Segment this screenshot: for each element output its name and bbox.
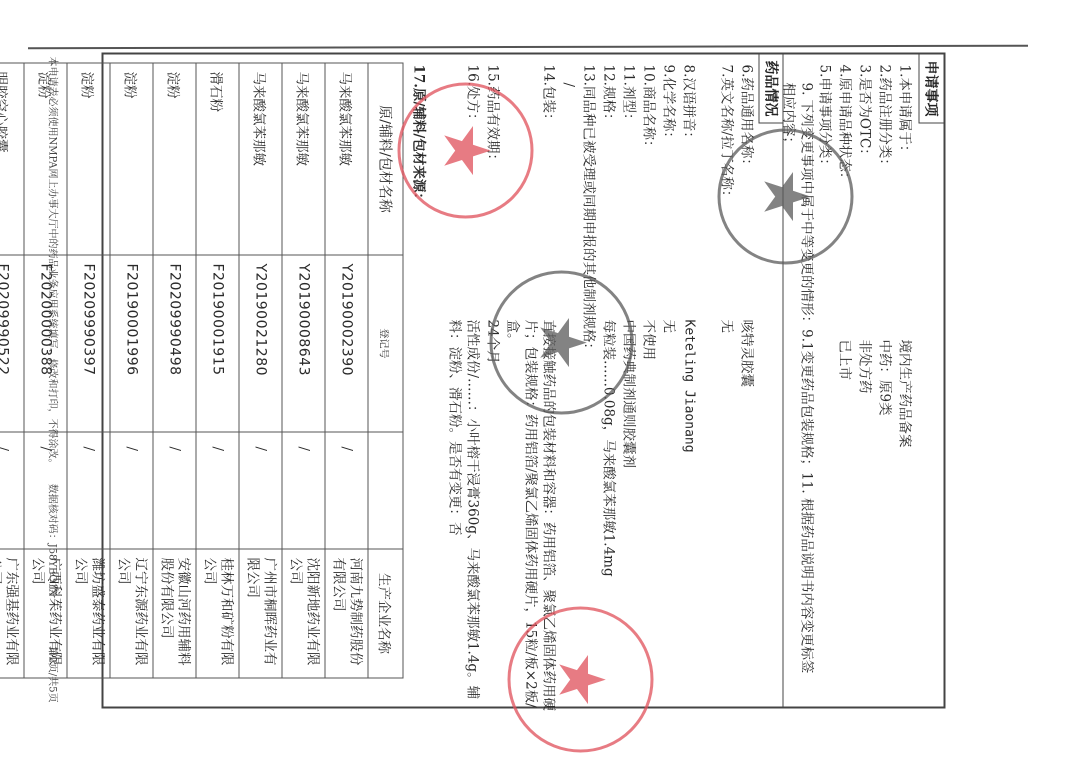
red-company-seal-stamp: ★ — [397, 82, 533, 218]
field-application-type: 1.本申请属于：境内生产药品备案 — [895, 64, 913, 696]
table-row: 淀粉F20209990397/潍坊盛泰药业有限公司 — [67, 63, 110, 678]
footer-notice: 本申请表必须使用NMPA网上办事大厅中的药品业务应用系统填写、修改和打印，不得涂… — [46, 56, 57, 468]
extra-cell: / — [325, 432, 368, 549]
table-row: 淀粉F20190001996/辽宁东源药业有限公司 — [110, 63, 153, 678]
extra-cell: / — [0, 432, 24, 549]
registration-number-cell: F20190001996 — [110, 255, 153, 432]
extra-cell: / — [153, 432, 196, 549]
material-name-cell: 马来酸氯苯那敏 — [239, 63, 282, 255]
manufacturer-cell: 潍坊盛泰药业有限公司 — [67, 549, 110, 678]
manufacturer-cell: 广州市桐晖药业有限公司 — [239, 549, 282, 678]
extra-cell: / — [196, 432, 239, 549]
manufacturer-cell: 沈阳新地药业有限公司 — [282, 549, 325, 678]
table-row: 马来酸氯苯那敏Y20190002390/河南九势制药股份有限公司 — [325, 63, 368, 678]
registration-number-cell: Y20190008643 — [282, 255, 325, 432]
star-icon: ★ — [753, 167, 817, 224]
extra-cell: / — [239, 432, 282, 549]
registration-number-cell: F20209990522 — [0, 255, 24, 432]
table-row: 明胶空心胶囊F20209990522/广东强基药业有限公司 — [0, 63, 24, 678]
registration-number-cell: F20209990498 — [153, 255, 196, 432]
table-row: 滑石粉F20190001915/桂林万和矿粉有限公司 — [196, 63, 239, 678]
manufacturer-cell: 安徽山河药用辅料股份有限公司 — [153, 549, 196, 678]
field-pinyin: 8.汉语拼音：Keteling Jiaonang — [679, 64, 697, 696]
footer: 本申请表必须使用NMPA网上办事大厅中的药品业务应用系统填写、修改和打印，不得涂… — [46, 56, 61, 718]
extra-cell: / — [67, 432, 110, 549]
material-name-cell: 明胶空心胶囊 — [0, 63, 24, 255]
star-icon: ★ — [433, 121, 497, 178]
registration-number-cell: Y20190021280 — [239, 255, 282, 432]
manufacturer-cell: 广东强基药业有限公司 — [0, 549, 24, 678]
material-name-cell: 淀粉 — [67, 63, 110, 255]
star-icon: ★ — [548, 650, 612, 707]
material-name-cell: 马来酸氯苯那敏 — [282, 63, 325, 255]
extra-cell: / — [110, 432, 153, 549]
table-row: 马来酸氯苯那敏Y20190008643/沈阳新地药业有限公司 — [282, 63, 325, 678]
checksum-value: J58YEQ1X — [46, 543, 57, 595]
application-section-title: 申请事项 — [918, 54, 943, 123]
material-name-cell: 淀粉 — [153, 63, 196, 255]
star-icon: ★ — [529, 313, 593, 370]
field-otc: 3.是否为OTC：非处方药 — [855, 64, 873, 696]
registration-number-cell: F20190001915 — [196, 255, 239, 432]
material-name-cell: 滑石粉 — [196, 63, 239, 255]
field-trade-name: 10.商品名称：不使用 — [639, 64, 657, 696]
checksum-label: 数据核对码： — [46, 483, 57, 543]
manufacturer-cell: 桂林万和矿粉有限公司 — [196, 549, 239, 678]
registration-number-cell: F20209990397 — [67, 255, 110, 432]
red-seal-stamp-2: ★ — [507, 606, 653, 752]
table-row: 马来酸氯苯那敏Y20190021280/广州市桐晖药业有限公司 — [239, 63, 282, 678]
page-number: 第2页/共5页 — [46, 646, 61, 702]
drug-section-title: 药品情况 — [758, 54, 783, 123]
extra-cell: / — [282, 432, 325, 549]
field-chemical-name: 9.化学名称：无 — [659, 64, 677, 696]
gray-seal-stamp: ★ — [489, 270, 633, 414]
field-registration-class: 2.药品注册分类：中药：原9类 — [875, 64, 893, 696]
manufacturer-cell: 河南九势制药股份有限公司 — [325, 549, 368, 678]
manufacturer-cell: 辽宁东源药业有限公司 — [110, 549, 153, 678]
gray-seal-stamp-2: ★ — [717, 128, 853, 264]
application-form-page: 申请事项 1.本申请属于：境内生产药品备案 2.药品注册分类：中药：原9类 3.… — [0, 0, 1073, 758]
registration-number-cell: Y20190002390 — [325, 255, 368, 432]
material-name-cell: 马来酸氯苯那敏 — [325, 63, 368, 255]
material-name-cell: 淀粉 — [110, 63, 153, 255]
table-row: 淀粉F20209990498/安徽山河药用辅料股份有限公司 — [153, 63, 196, 678]
